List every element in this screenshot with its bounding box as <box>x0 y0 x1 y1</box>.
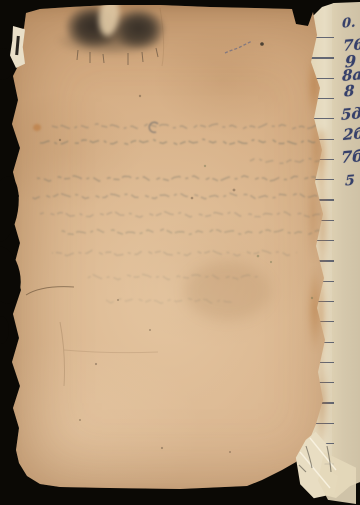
fold-creases <box>300 438 336 488</box>
ink-stain-hairs <box>77 48 158 65</box>
crease-line <box>64 350 158 353</box>
blue-scribble-mark <box>225 41 252 53</box>
greenish-specks <box>204 165 313 299</box>
paper-specks <box>59 95 236 453</box>
surface-marks <box>0 0 360 505</box>
ink-dot <box>260 42 264 46</box>
crease-line <box>160 8 164 66</box>
crack-line <box>26 287 74 295</box>
crease-line <box>60 322 65 386</box>
photographed-notebook: 0.7698а85д2б7б5 <box>0 0 360 505</box>
